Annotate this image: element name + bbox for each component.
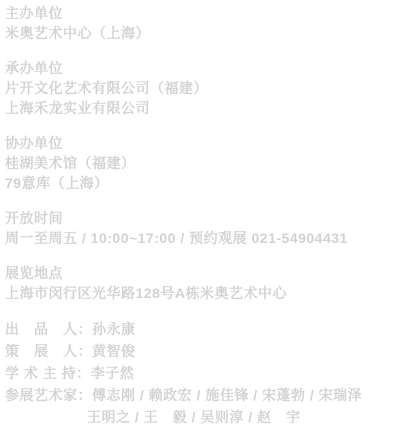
credit-label-spacer (5, 406, 87, 428)
section-coorganizer-title: 协办单位 (5, 133, 394, 153)
credit-label: 策 展 人： (5, 340, 92, 362)
section-host-title: 主办单位 (5, 3, 394, 23)
section-organizer: 承办单位 片开文化艺术有限公司（福建） 上海禾龙实业有限公司 (5, 58, 394, 118)
credit-row-producer: 出 品 人： 孙永康 (5, 318, 394, 340)
section-coorganizer-line: 79意库（上海） (5, 173, 394, 193)
section-opening-hours-line: 周一至周五 / 10:00~17:00 / 预约观展 021-54904431 (5, 228, 394, 248)
section-opening-hours-title: 开放时间 (5, 208, 394, 228)
credit-row-artists-continued: 王明之 / 王 毅 / 吴则淳 / 赵 宇 (5, 406, 394, 428)
section-organizer-line: 上海禾龙实业有限公司 (5, 98, 394, 118)
credit-row-academic-host: 学 术 主 持： 李子然 (5, 362, 394, 384)
section-organizer-title: 承办单位 (5, 58, 394, 78)
exhibition-info-panel: 主办单位 米奥艺术中心（上海） 承办单位 片开文化艺术有限公司（福建） 上海禾龙… (0, 0, 398, 433)
section-host: 主办单位 米奥艺术中心（上海） (5, 3, 394, 43)
section-host-line: 米奥艺术中心（上海） (5, 23, 394, 43)
credit-label: 参展艺术家： (5, 384, 92, 406)
credit-value-artists-line1: 傅志刚 / 赖政宏 / 施佳锋 / 宋蓬勃 / 宋瑞泽 (92, 384, 362, 406)
section-coorganizer-line: 桂湖美术馆（福建） (5, 153, 394, 173)
credits-block: 出 品 人： 孙永康 策 展 人： 黄智俊 学 术 主 持： 李子然 参展艺术家… (5, 318, 394, 428)
credit-value: 黄智俊 (92, 340, 136, 362)
credit-value-artists-line2: 王明之 / 王 毅 / 吴则淳 / 赵 宇 (87, 406, 301, 428)
credit-value: 孙永康 (92, 318, 136, 340)
section-venue: 展览地点 上海市闵行区光华路128号A栋米奥艺术中心 (5, 263, 394, 303)
section-coorganizer: 协办单位 桂湖美术馆（福建） 79意库（上海） (5, 133, 394, 193)
credit-label: 出 品 人： (5, 318, 92, 340)
credit-row-curator: 策 展 人： 黄智俊 (5, 340, 394, 362)
section-organizer-line: 片开文化艺术有限公司（福建） (5, 78, 394, 98)
section-venue-title: 展览地点 (5, 263, 394, 283)
section-opening-hours: 开放时间 周一至周五 / 10:00~17:00 / 预约观展 021-5490… (5, 208, 394, 248)
credit-label: 学 术 主 持： (5, 362, 91, 384)
credit-row-artists: 参展艺术家： 傅志刚 / 赖政宏 / 施佳锋 / 宋蓬勃 / 宋瑞泽 (5, 384, 394, 406)
credit-value: 李子然 (91, 362, 135, 384)
section-venue-line: 上海市闵行区光华路128号A栋米奥艺术中心 (5, 283, 394, 303)
